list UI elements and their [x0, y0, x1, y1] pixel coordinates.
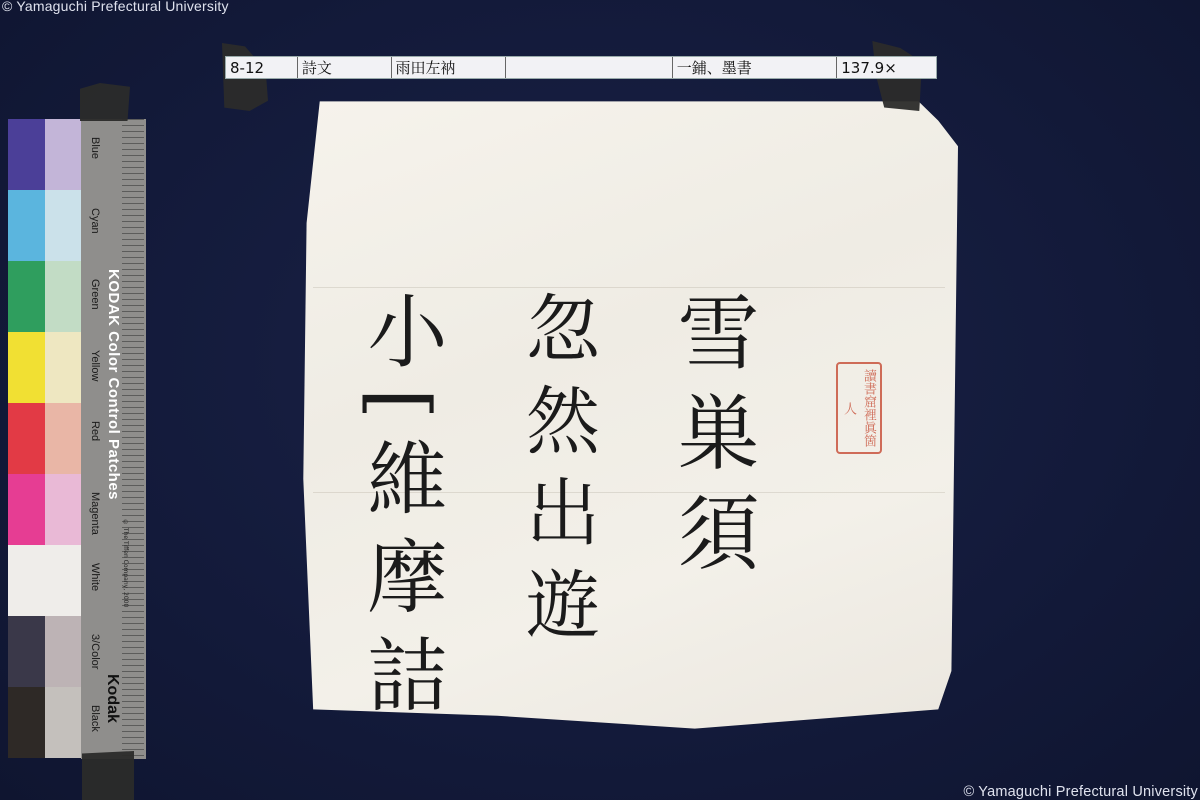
kodak-logo: Kodak — [103, 674, 121, 723]
copyright-watermark-bottom: © Yamaguchi Prefectural University — [963, 784, 1198, 800]
patch-row-green — [8, 261, 82, 332]
patch-row-yellow — [8, 332, 82, 403]
patch-label: Magenta — [85, 492, 101, 535]
red-seal-stamp: 讀書窟裡眞箇人 — [836, 362, 882, 454]
patch-row-white — [8, 545, 82, 616]
label-cell: 詩文 — [298, 57, 392, 78]
patch-light — [45, 190, 82, 261]
patch-label: Yellow — [85, 350, 101, 381]
paper-fold-line — [313, 287, 945, 288]
patch-light — [45, 403, 82, 474]
label-cell — [506, 57, 673, 78]
kodak-ruler: BlueCyanGreenYellowRedMagentaWhite3/Colo… — [81, 119, 146, 759]
patch-light — [45, 332, 82, 403]
patch-dark — [8, 687, 45, 758]
patch-dark — [8, 190, 45, 261]
patch-label: Green — [85, 279, 101, 310]
patch-dark — [8, 474, 45, 545]
ruler-ticks — [122, 119, 144, 759]
label-cell: 一鋪、墨書 — [673, 57, 838, 78]
patch-row-magenta — [8, 474, 82, 545]
calligraphy-column-right: 雪巣須 — [670, 290, 752, 590]
catalog-label-strip: 8-12詩文雨田左衲一鋪、墨書137.9× — [225, 56, 937, 79]
patch-light — [45, 616, 82, 687]
patch-row-blue — [8, 119, 82, 190]
tape-ruler-top — [80, 83, 130, 121]
patch-dark — [8, 119, 45, 190]
calligraphy-column-left: 小[維摩詰 — [360, 290, 440, 731]
patch-label: 3/Color — [85, 634, 101, 669]
patch-row-cyan — [8, 190, 82, 261]
tape-ruler-bottom — [82, 751, 134, 800]
patch-label: Cyan — [85, 208, 101, 234]
patch-white — [8, 545, 82, 616]
label-cell: 137.9× — [837, 57, 936, 78]
patch-row-black — [8, 687, 82, 758]
patch-row-3-color — [8, 616, 82, 687]
color-control-patches — [8, 119, 82, 759]
patch-dark — [8, 616, 45, 687]
patch-row-red — [8, 403, 82, 474]
copyright-watermark-top: © Yamaguchi Prefectural University — [2, 0, 229, 14]
patch-label: Red — [85, 421, 101, 441]
ruler-cm-labels: BlueCyanGreenYellowRedMagentaWhite3/Colo… — [85, 119, 101, 759]
label-cell: 8-12 — [226, 57, 298, 78]
patch-label: Black — [85, 705, 101, 732]
patch-dark — [8, 403, 45, 474]
patch-light — [45, 261, 82, 332]
patch-light — [45, 474, 82, 545]
patch-dark — [8, 261, 45, 332]
label-cell: 雨田左衲 — [392, 57, 507, 78]
patch-label: Blue — [85, 137, 101, 159]
calligraphy-column-middle: 忽然出遊 — [520, 290, 594, 658]
patch-light — [45, 687, 82, 758]
patch-dark — [8, 332, 45, 403]
patch-label: White — [85, 563, 101, 591]
patch-light — [45, 119, 82, 190]
kodak-chart-title: KODAK Color Control Patches — [105, 269, 122, 500]
